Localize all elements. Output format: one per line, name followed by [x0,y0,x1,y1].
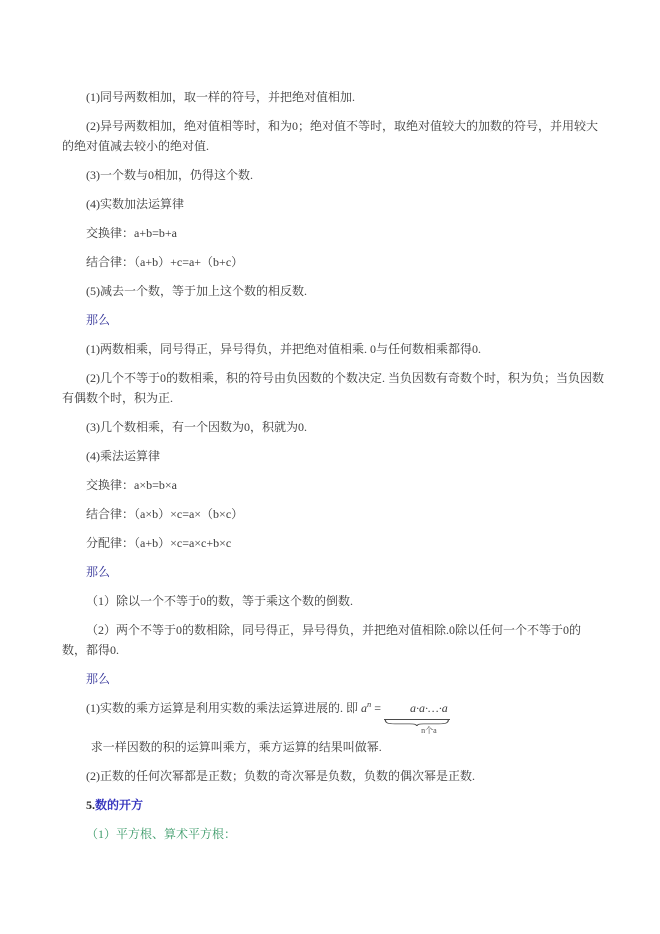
power-definition: 求一样因数的积的运算叫乘方，乘方运算的结果叫做幂. [62,737,604,757]
division-rule-2: （2）两个不等于0的数相除，同号得正，异号得负，并把绝对值相除.0除以任何一个不… [62,620,604,660]
multiplication-commutative-law: 交换律：a×b=b×a [62,475,604,495]
product-text: a·a·…·a [410,701,448,715]
power-base-exponent: an [361,701,371,715]
addition-rule-2: (2)异号两数相加，绝对值相等时，和为0；绝对值不等时，取绝对值较大的加数的符号… [62,116,604,156]
equals-sign: = [374,701,381,715]
addition-rule-3: (3)一个数与0相加，仍得这个数. [62,165,604,185]
section-5-subheading-1: （1）平方根、算术平方根： [62,824,604,844]
addition-rule-1: (1)同号两数相加，取一样的符号，并把绝对值相加. [62,87,604,107]
power-intro-paragraph: (1)实数的乘方运算是利用实数的乘法运算进展的. 即 an=a·a·…·an个a [62,698,604,720]
section-5-heading: 5.数的开方 [62,795,604,815]
connector-name-2: 那么 [62,562,604,582]
addition-commutative-law: 交换律：a+b=b+a [62,223,604,243]
division-rule-1: （1）除以一个不等于0的数，等于乘这个数的倒数. [62,591,604,611]
section-5-title: 数的开方 [95,798,143,812]
underbrace-label: n个a [384,726,450,735]
multiplication-distributive-law: 分配律：（a+b）×c=a×c+b×c [62,533,604,553]
subtraction-rule: (5)减去一个数，等于加上这个数的相反数. [62,281,604,301]
multiplication-rule-1: (1)两数相乘，同号得正，异号得负，并把绝对值相乘. 0与任何数相乘都得0. [62,339,604,359]
multiplication-law-title: (4)乘法运算律 [62,446,604,466]
connector-name-3: 那么 [62,669,604,689]
repeated-product-expression: a·a·…·an个a [384,698,450,720]
document-page: (1)同号两数相加，取一样的符号，并把绝对值相加. (2)异号两数相加，绝对值相… [0,0,660,934]
multiplication-rule-3: (3)几个数相乘，有一个因数为0，积就为0. [62,417,604,437]
multiplication-associative-law: 结合律：（a×b）×c=a×（b×c） [62,504,604,524]
power-sign-rule: (2)正数的任何次幂都是正数；负数的奇次幂是负数，负数的偶次幂是正数. [62,766,604,786]
addition-law-title: (4)实数加法运算律 [62,194,604,214]
section-5-number: 5. [86,798,95,812]
power-intro-text: (1)实数的乘方运算是利用实数的乘法运算进展的. 即 [86,701,358,715]
multiplication-rule-2: (2)几个不等于0的数相乘，积的符号由负因数的个数决定. 当负因数有奇数个时，积… [62,368,604,408]
formula-exponent: n [367,699,371,709]
connector-name-1: 那么 [62,310,604,330]
addition-associative-law: 结合律：（a+b）+c=a+（b+c） [62,252,604,272]
